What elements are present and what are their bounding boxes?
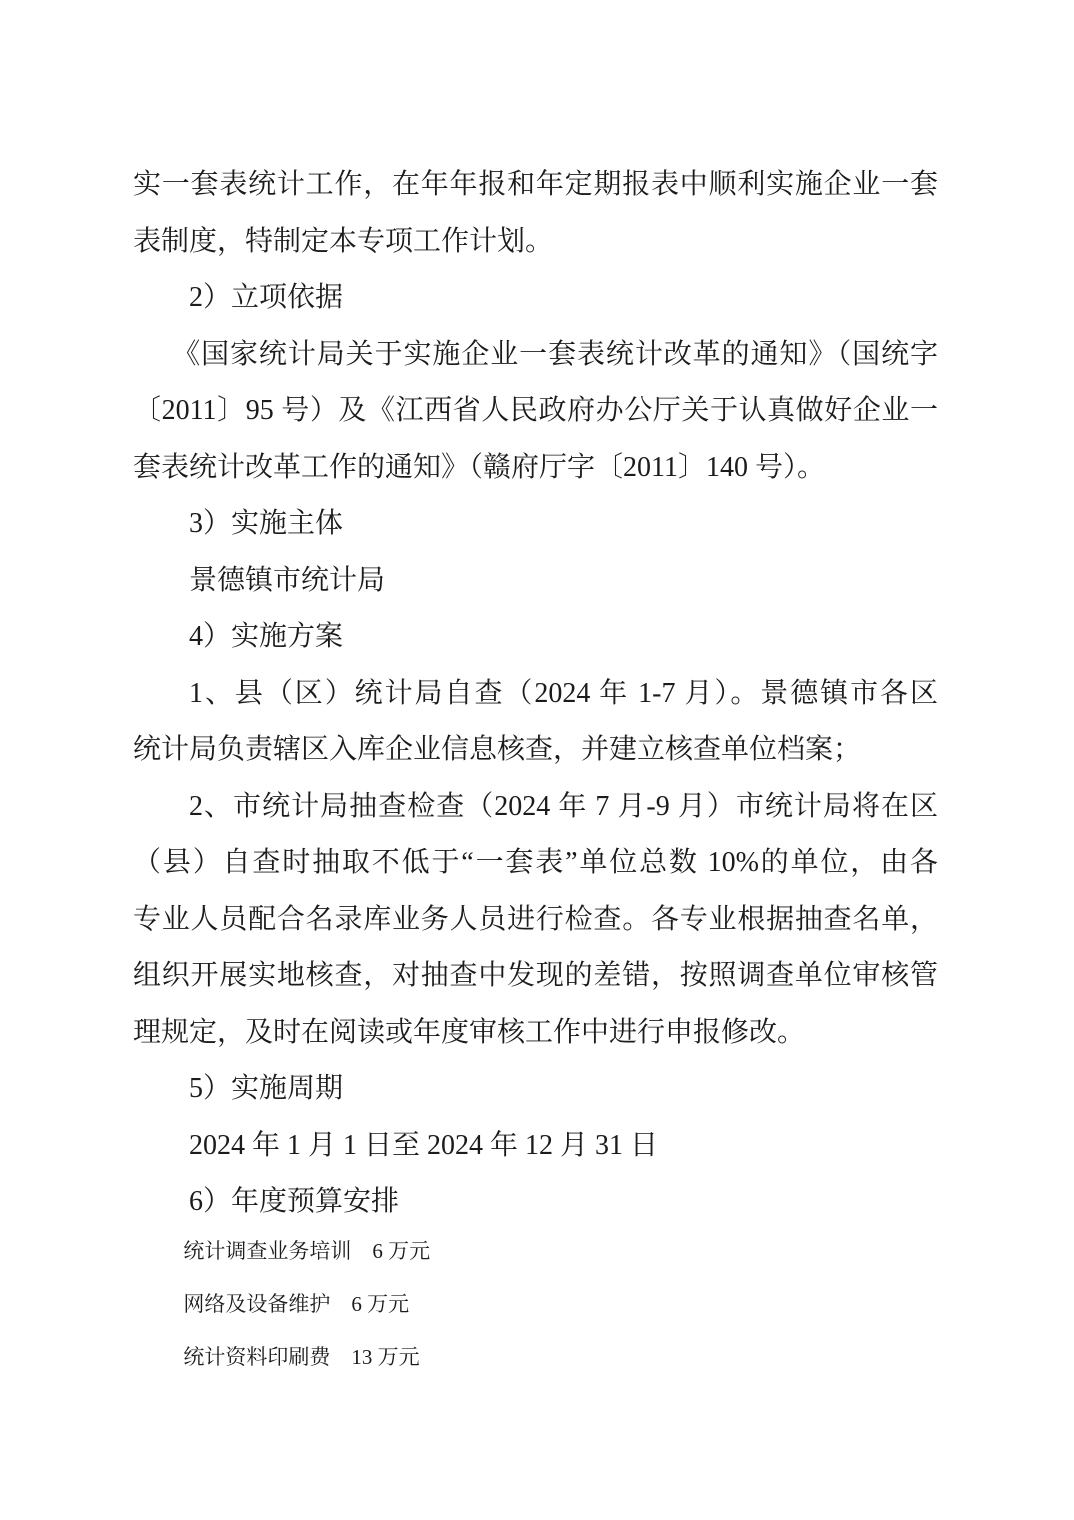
paragraph: 6）年度预算安排 — [133, 1174, 938, 1231]
document-content: 实一套表统计工作，在年年报和年定期报表中顺利实施企业一套表制度，特制定本专项工作… — [133, 157, 938, 1384]
text-line: 统计调查业务培训 6 万元 — [133, 1225, 938, 1278]
text-line: 表制度，特制定本专项工作计划。 — [133, 214, 938, 271]
paragraph: 1、县（区）统计局自查（2024 年 1-7 月）。景德镇市各区统计局负责辖区入… — [133, 666, 938, 779]
text-line: 2、市统计局抽查检查（2024 年 7 月-9 月）市统计局将在区 — [133, 779, 938, 836]
paragraph: 实一套表统计工作，在年年报和年定期报表中顺利实施企业一套表制度，特制定本专项工作… — [133, 157, 938, 270]
text-line: 〔2011〕95 号）及《江西省人民政府办公厅关于认真做好企业一 — [133, 383, 938, 440]
text-line: 2）立项依据 — [133, 270, 938, 327]
text-line: 2024 年 1 月 1 日至 2024 年 12 月 31 日 — [133, 1118, 938, 1175]
text-line: 网络及设备维护 6 万元 — [133, 1278, 938, 1331]
text-line: 套表统计改革工作的通知》（赣府厅字〔2011〕140 号）。 — [133, 440, 938, 497]
paragraph: 2024 年 1 月 1 日至 2024 年 12 月 31 日 — [133, 1118, 938, 1175]
text-line: 景德镇市统计局 — [133, 553, 938, 610]
paragraph: 网络及设备维护 6 万元 — [133, 1278, 938, 1331]
paragraph: 3）实施主体 — [133, 496, 938, 553]
text-line: 理规定，及时在阅读或年度审核工作中进行申报修改。 — [133, 1005, 938, 1062]
paragraph: 4）实施方案 — [133, 609, 938, 666]
text-line: 组织开展实地核查，对抽查中发现的差错，按照调查单位审核管 — [133, 948, 938, 1005]
paragraph: 景德镇市统计局 — [133, 553, 938, 610]
text-line: （县）自查时抽取不低于“一套表”单位总数 10%的单位，由各 — [133, 835, 938, 892]
text-line: 5）实施周期 — [133, 1061, 938, 1118]
paragraph: 2）立项依据 — [133, 270, 938, 327]
text-line: 1、县（区）统计局自查（2024 年 1-7 月）。景德镇市各区 — [133, 666, 938, 723]
text-line: 6）年度预算安排 — [133, 1174, 938, 1231]
text-line: 4）实施方案 — [133, 609, 938, 666]
text-line: 3）实施主体 — [133, 496, 938, 553]
paragraph: 统计资料印刷费 13 万元 — [133, 1331, 938, 1384]
text-line: 统计资料印刷费 13 万元 — [133, 1331, 938, 1384]
text-line: 实一套表统计工作，在年年报和年定期报表中顺利实施企业一套 — [133, 157, 938, 214]
text-line: 统计局负责辖区入库企业信息核查，并建立核查单位档案； — [133, 722, 938, 779]
document-page: 实一套表统计工作，在年年报和年定期报表中顺利实施企业一套表制度，特制定本专项工作… — [0, 0, 1074, 1520]
paragraph: 《国家统计局关于实施企业一套表统计改革的通知》（国统字〔2011〕95 号）及《… — [133, 327, 938, 497]
text-line: 《国家统计局关于实施企业一套表统计改革的通知》（国统字 — [133, 327, 938, 384]
paragraph: 2、市统计局抽查检查（2024 年 7 月-9 月）市统计局将在区（县）自查时抽… — [133, 779, 938, 1062]
paragraph: 5）实施周期 — [133, 1061, 938, 1118]
text-line: 专业人员配合名录库业务人员进行检查。各专业根据抽查名单， — [133, 892, 938, 949]
paragraph: 统计调查业务培训 6 万元 — [133, 1225, 938, 1278]
